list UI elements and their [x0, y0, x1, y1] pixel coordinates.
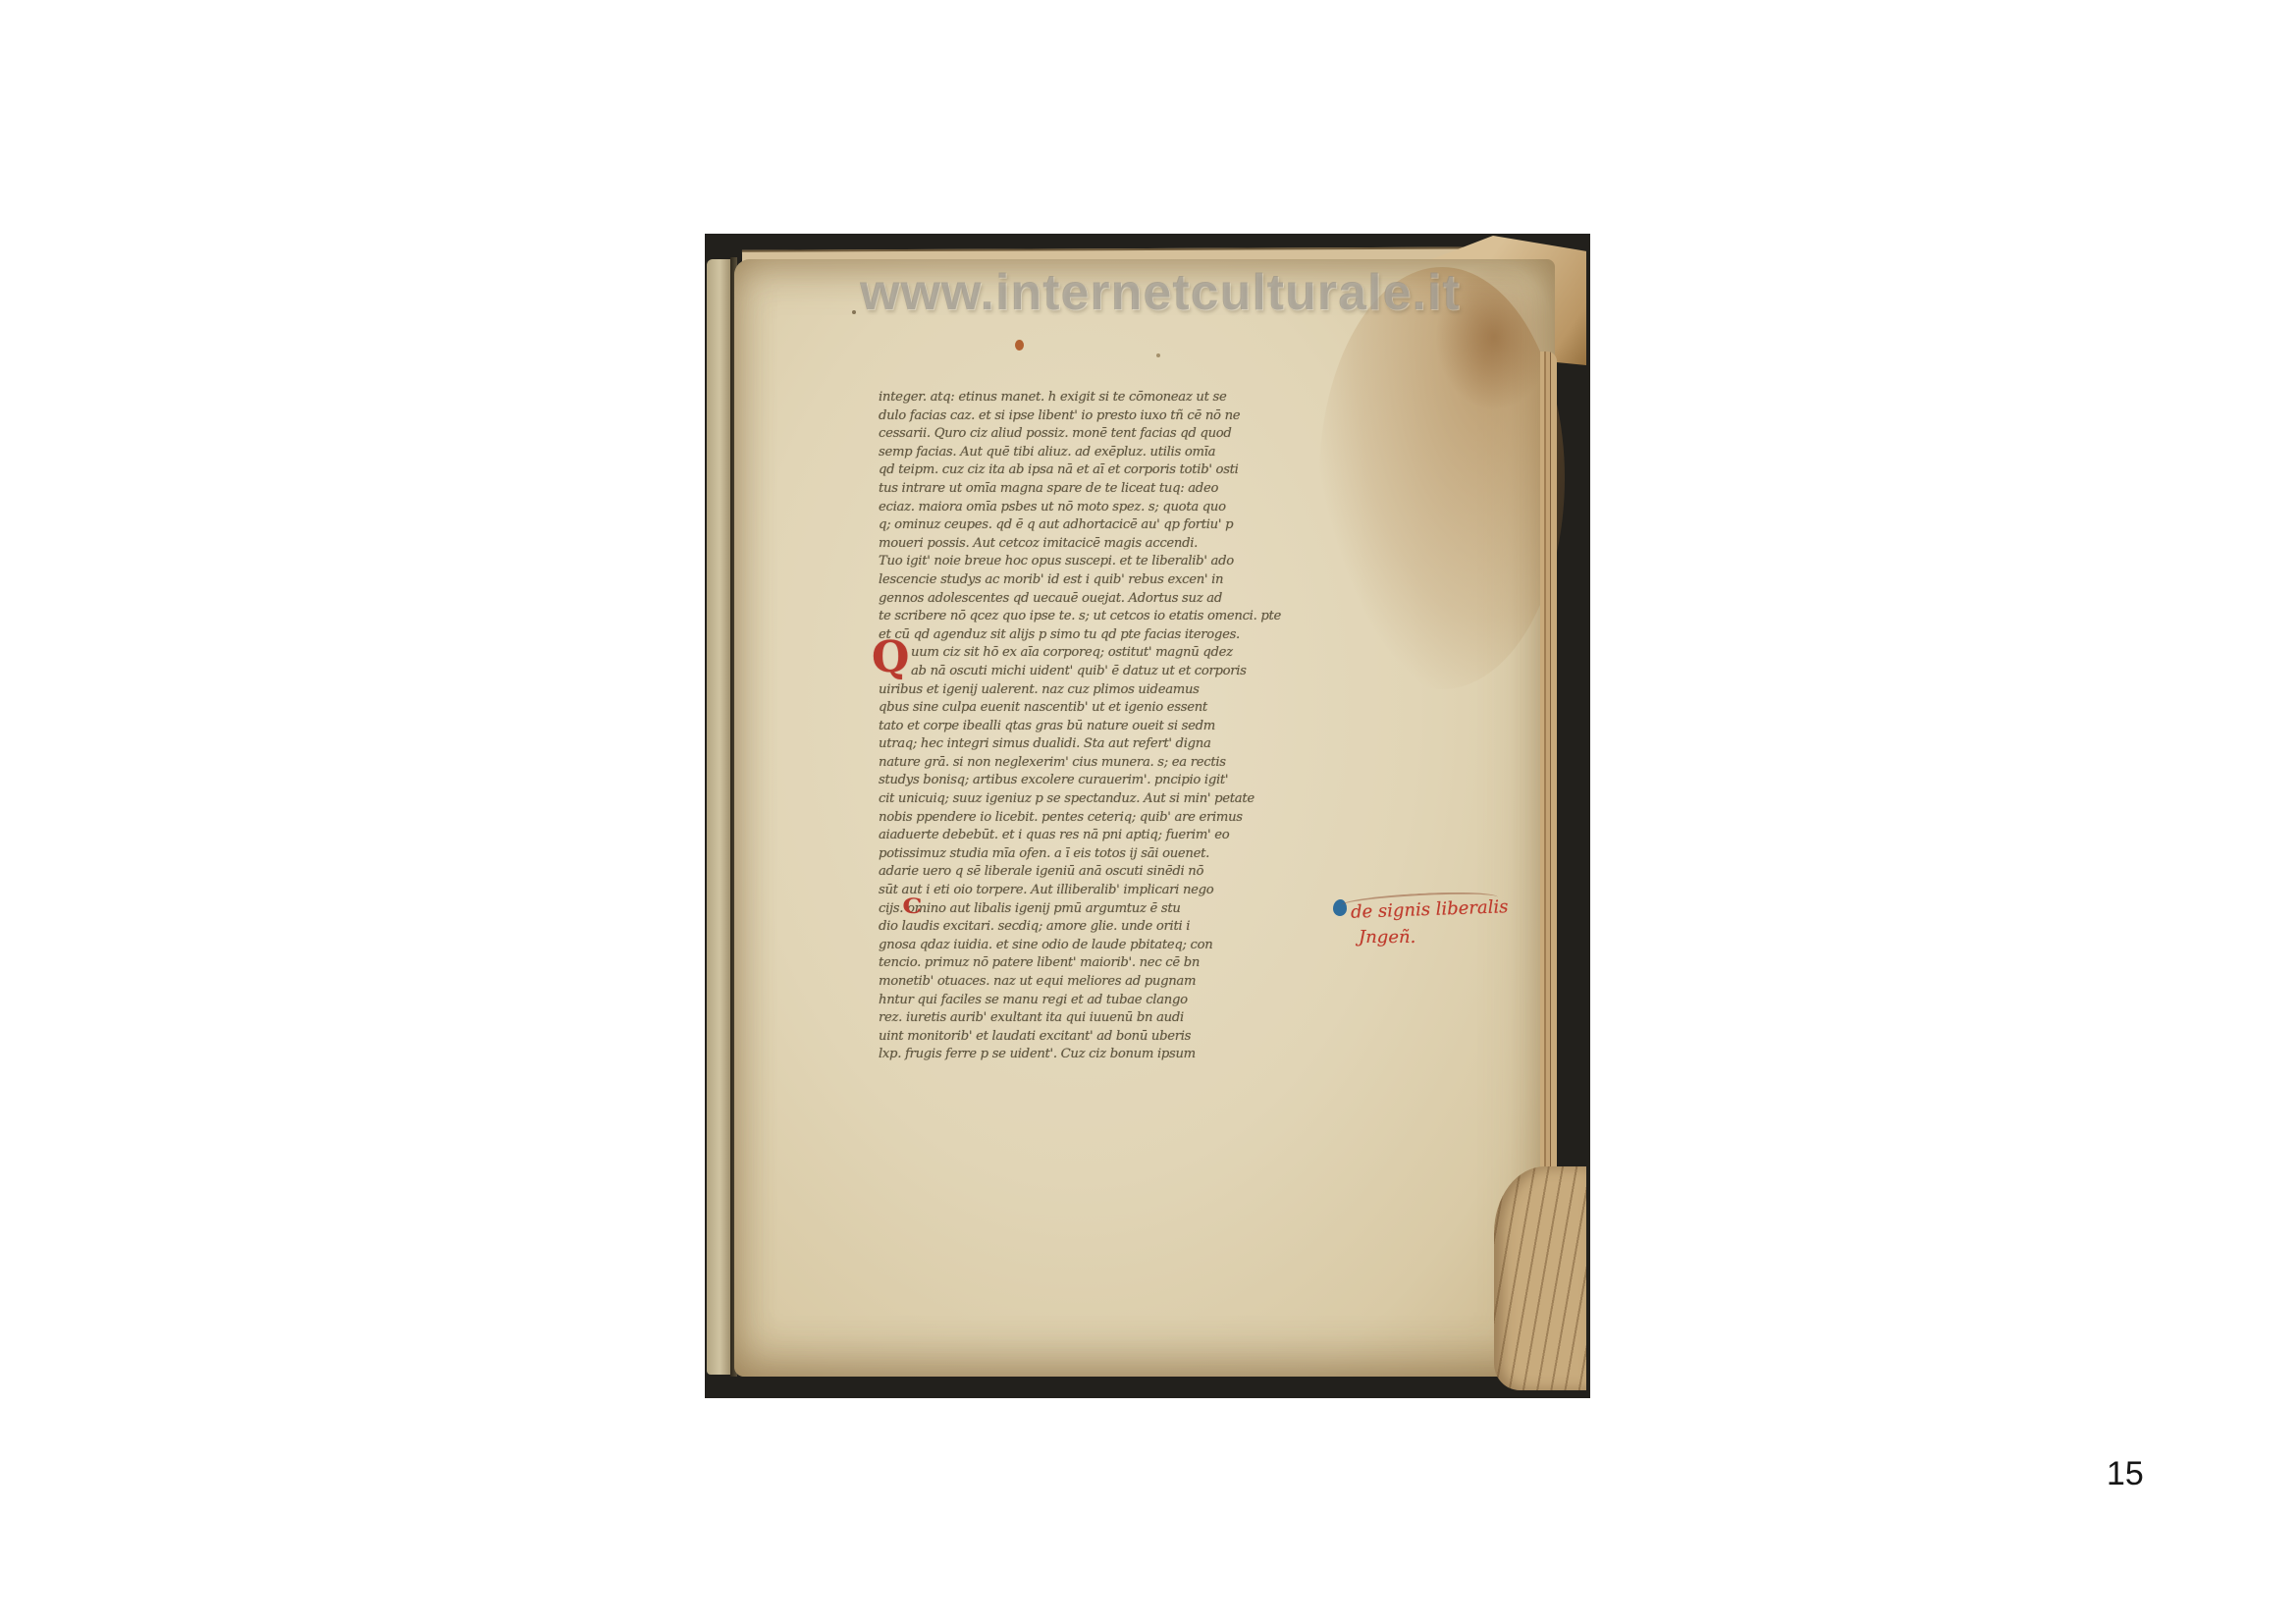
manuscript-text-line: cessarii. Quro ciz aliud possiz. monē te…	[879, 425, 1301, 444]
manuscript-text-line: nobis ppendere io licebit. pentes ceteri…	[879, 809, 1301, 828]
watermark-text: www.internetculturale.it	[860, 267, 1461, 318]
fanned-folio-edges	[1494, 1166, 1586, 1390]
viewer-page: www.internetculturale.it integer. atq: e…	[0, 0, 2296, 1624]
manuscript-text-line: aiaduerte debebūt. et i quas res nā pni …	[879, 827, 1301, 845]
manuscript-text-line: lescencie studys ac morib' id est i quib…	[879, 571, 1301, 590]
manuscript-text-line: tato et corpe ibealli qtas gras bū natur…	[879, 718, 1301, 736]
marginal-rubric-line2: Jngeñ.	[1359, 929, 1415, 947]
manuscript-text-line: Tuo igit' noie breue hoc opus suscepi. e…	[879, 553, 1301, 571]
manuscript-text-line: dulo facias caz. et si ipse libent' io p…	[879, 407, 1301, 426]
manuscript-text-line: uum ciz sit hō ex aīa corporeq; ostitut'…	[879, 644, 1301, 663]
manuscript-text-line: sūt aut i eti oio torpere. Aut illiberal…	[879, 882, 1301, 900]
manuscript-text-line: tus intrare ut omīa magna spare de te li…	[879, 480, 1301, 499]
parchment-speck	[852, 310, 856, 314]
manuscript-text-line: integer. atq: etinus manet. h exigit si …	[879, 389, 1301, 407]
manuscript-text-line: potissimuz studia mīa ofen. a ī eis toto…	[879, 845, 1301, 864]
manuscript-text-line: studys bonisq; artibus excolere curaueri…	[879, 772, 1301, 790]
manuscript-text-line: lxp. frugis ferre p se uident'. Cuz ciz …	[879, 1046, 1301, 1064]
manuscript-text-line: uint monitorib' et laudati excitant' ad …	[879, 1028, 1301, 1047]
manuscript-text-line: moueri possis. Aut cetcoz imitacicē magi…	[879, 535, 1301, 554]
manuscript-text-line: cit unicuiq; suuz igeniuz p se spectandu…	[879, 790, 1301, 809]
manuscript-text-line: eciaz. maiora omīa psbes ut nō moto spez…	[879, 499, 1301, 517]
manuscript-text-line: rez. iuretis aurib' exultant ita qui iuu…	[879, 1009, 1301, 1028]
manuscript-text-line: hntur qui faciles se manu regi et ad tub…	[879, 992, 1301, 1010]
page-number: 15	[2107, 1457, 2144, 1490]
illuminated-initial-q: Q	[872, 636, 909, 679]
manuscript-text-line: tencio. primuz nō patere libent' maiorib…	[879, 954, 1301, 973]
manuscript-text-line: qbus sine culpa euenit nascentib' ut et …	[879, 699, 1301, 718]
manuscript-text-line: utraq; hec integri simus dualidi. Sta au…	[879, 735, 1301, 754]
folio-edge-streaks	[1494, 1166, 1586, 1390]
red-paragraph-mark: C	[902, 895, 922, 916]
manuscript-text-line: et cū qd agenduz sit alijs p simo tu qd …	[879, 626, 1301, 645]
parchment-speck	[1156, 353, 1160, 357]
manuscript-text-line: dio laudis excitari. secdiq; amore glie.…	[879, 918, 1301, 937]
facing-page-edge	[707, 259, 730, 1375]
manuscript-text-line: cijs. omino aut libalis igenij pmū argum…	[879, 900, 1301, 919]
manuscript-text-line: monetib' otuaces. naz ut equi meliores a…	[879, 973, 1301, 992]
manuscript-text-line: q; ominuz ceupes. qd ē q aut adhortacicē…	[879, 516, 1301, 535]
manuscript-text-block: integer. atq: etinus manet. h exigit si …	[879, 389, 1301, 1064]
manuscript-text-line: semp facias. Aut quē tibi aliuz. ad exēp…	[879, 444, 1301, 462]
manuscript-text-line: adarie uero q sē liberale igeniū anā osc…	[879, 863, 1301, 882]
manuscript-text-line: te scribere nō qcez quo ipse te. s; ut c…	[879, 608, 1301, 626]
manuscript-text-line: qd teipm. cuz ciz ita ab ipsa nā et aī e…	[879, 461, 1301, 480]
manuscript-text-line: uiribus et igenij ualerent. naz cuz plim…	[879, 681, 1301, 700]
manuscript-text-line: ab nā oscuti michi uident' quib' ē datuz…	[879, 663, 1301, 681]
manuscript-text-line: gnosa qdaz iuidia. et sine odio de laude…	[879, 937, 1301, 955]
manuscript-text-line: nature grā. si non neglexerim' cius mune…	[879, 754, 1301, 773]
manuscript-photo: www.internetculturale.it integer. atq: e…	[705, 234, 1590, 1398]
manuscript-text-line: gennos adolescentes qd uecauē ouejat. Ad…	[879, 590, 1301, 609]
ink-speck	[1015, 340, 1024, 351]
